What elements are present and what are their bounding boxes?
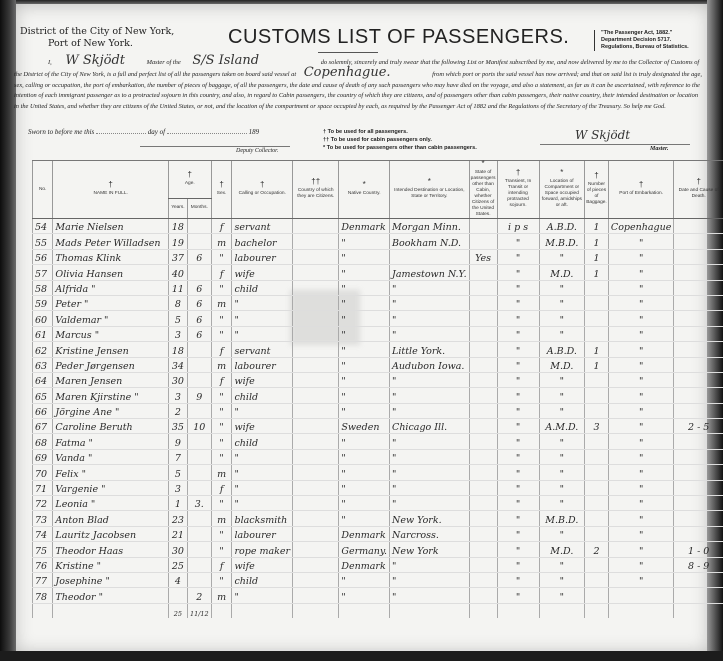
cell-name: Caroline Beruth bbox=[53, 419, 168, 434]
cell-port: " bbox=[608, 557, 673, 572]
cell-baggage bbox=[585, 326, 609, 341]
cell-citizen-of bbox=[293, 372, 339, 387]
col-header-location: *Location of Compartment or Space occupi… bbox=[539, 161, 585, 219]
col-header-age: †Age. bbox=[168, 161, 211, 199]
cell-months bbox=[187, 372, 211, 387]
table-row: 71Vargenie "3f"""""" bbox=[33, 480, 723, 495]
cell-native: " bbox=[339, 403, 390, 418]
cell-name: Thomas Klink bbox=[53, 249, 168, 264]
act-line: Department Decision 5717. bbox=[601, 37, 689, 44]
cell-us-citizen bbox=[469, 557, 497, 572]
cell-years: 19 bbox=[168, 234, 187, 249]
deputy-signature-line bbox=[140, 146, 290, 147]
cell-no: 58 bbox=[33, 280, 53, 295]
cell-port bbox=[608, 588, 673, 603]
cell-transient: " bbox=[497, 403, 539, 418]
col-header-death: †Date and Cause of Death. bbox=[674, 161, 723, 219]
cell-death bbox=[674, 403, 723, 418]
cell-native: " bbox=[339, 234, 390, 249]
cell-transient: " bbox=[497, 542, 539, 557]
col-header-calling: †Calling or Occupation. bbox=[232, 161, 293, 219]
cell-death bbox=[674, 496, 723, 511]
cell-us-citizen bbox=[469, 419, 497, 434]
table-row: 56Thomas Klink376"labourer"Yes""1" bbox=[33, 249, 723, 264]
cell-death bbox=[674, 572, 723, 587]
document-title: CUSTOMS LIST OF PASSENGERS. bbox=[228, 26, 569, 49]
oath-paragraph: I, W Skjödt Master of the S/S Island do … bbox=[14, 56, 704, 112]
cell-location: " bbox=[539, 572, 585, 587]
cell-no: 72 bbox=[33, 496, 53, 511]
cell-us-citizen bbox=[469, 511, 497, 526]
column-legend: † To be used for all passengers. †† To b… bbox=[323, 128, 477, 152]
cell-native: " bbox=[339, 480, 390, 495]
cell-citizen-of bbox=[293, 419, 339, 434]
col-header-no: No. bbox=[33, 161, 53, 219]
cell-transient: " bbox=[497, 357, 539, 372]
cell-native: " bbox=[339, 295, 390, 310]
cell-months bbox=[187, 434, 211, 449]
oath-master-of: Master of the bbox=[147, 59, 181, 66]
cell-death bbox=[674, 311, 723, 326]
cell-transient: " bbox=[497, 434, 539, 449]
col-header-citizen-of: ††Country of which they are Citizens. bbox=[293, 161, 339, 219]
cell-destination: " bbox=[390, 295, 470, 310]
cell-us-citizen bbox=[469, 388, 497, 403]
master-label: Master. bbox=[650, 146, 669, 152]
cell-us-citizen bbox=[469, 326, 497, 341]
cell-months bbox=[187, 480, 211, 495]
cell-native: " bbox=[339, 311, 390, 326]
table-row: 62Kristine Jensen18fservant"Little York.… bbox=[33, 342, 723, 357]
cell-location: " bbox=[539, 526, 585, 541]
cell-destination: " bbox=[390, 434, 470, 449]
cell-sex: " bbox=[211, 419, 232, 434]
cell-port: " bbox=[608, 572, 673, 587]
cell-native: " bbox=[339, 372, 390, 387]
cell-death bbox=[674, 511, 723, 526]
total-empty bbox=[497, 603, 539, 618]
cell-death bbox=[674, 265, 723, 280]
cell-transient: " bbox=[497, 419, 539, 434]
cell-name: Theodor " bbox=[53, 588, 168, 603]
cell-citizen-of bbox=[293, 403, 339, 418]
cell-citizen-of bbox=[293, 265, 339, 280]
cell-transient: " bbox=[497, 265, 539, 280]
cell-years: 3 bbox=[168, 388, 187, 403]
cell-port: " bbox=[608, 526, 673, 541]
title-rule bbox=[318, 52, 378, 53]
cell-location: " bbox=[539, 496, 585, 511]
cell-death bbox=[674, 326, 723, 341]
total-empty bbox=[608, 603, 673, 618]
cell-years: 1 bbox=[168, 496, 187, 511]
cell-us-citizen bbox=[469, 372, 497, 387]
cell-citizen-of bbox=[293, 357, 339, 372]
cell-destination: Morgan Minn. bbox=[390, 219, 470, 234]
cell-name: Olivia Hansen bbox=[53, 265, 168, 280]
cell-years: 9 bbox=[168, 434, 187, 449]
total-empty bbox=[339, 603, 390, 618]
cell-port: " bbox=[608, 295, 673, 310]
cell-calling: labourer bbox=[232, 526, 293, 541]
cell-death bbox=[674, 388, 723, 403]
master-name-handwritten: W Skjödt bbox=[53, 53, 145, 68]
cell-port: " bbox=[608, 342, 673, 357]
cell-calling: servant bbox=[232, 219, 293, 234]
cell-baggage: 1 bbox=[585, 219, 609, 234]
cell-baggage bbox=[585, 388, 609, 403]
cell-location: " bbox=[539, 249, 585, 264]
total-empty bbox=[390, 603, 470, 618]
cell-destination: Jamestown N.Y. bbox=[390, 265, 470, 280]
cell-death: 1 - 0 bbox=[674, 542, 723, 557]
table-row: 67Caroline Beruth3510"wifeSwedenChicago … bbox=[33, 419, 723, 434]
cell-citizen-of bbox=[293, 542, 339, 557]
cell-months bbox=[187, 449, 211, 464]
cell-name: Peter " bbox=[53, 295, 168, 310]
cell-death bbox=[674, 249, 723, 264]
cell-name: Theodor Haas bbox=[53, 542, 168, 557]
cell-citizen-of bbox=[293, 388, 339, 403]
cell-citizen-of bbox=[293, 449, 339, 464]
cell-native: " bbox=[339, 572, 390, 587]
cell-years: 5 bbox=[168, 465, 187, 480]
cell-destination: Little York. bbox=[390, 342, 470, 357]
cell-calling: child bbox=[232, 388, 293, 403]
cell-name: Maren Jensen bbox=[53, 372, 168, 387]
table-row: 69Vanda "7""""""" bbox=[33, 449, 723, 464]
table-row: 72Leonia "13.""""""" bbox=[33, 496, 723, 511]
cell-us-citizen bbox=[469, 342, 497, 357]
cell-transient: " bbox=[497, 465, 539, 480]
total-empty bbox=[585, 603, 609, 618]
cell-calling: " bbox=[232, 465, 293, 480]
col-header-native-country: *Native Country. bbox=[339, 161, 390, 219]
cell-baggage bbox=[585, 496, 609, 511]
cell-name: Valdemar " bbox=[53, 311, 168, 326]
cell-months: 3. bbox=[187, 496, 211, 511]
cell-port: " bbox=[608, 280, 673, 295]
cell-sex: " bbox=[211, 449, 232, 464]
cell-port: " bbox=[608, 249, 673, 264]
cell-sex: " bbox=[211, 249, 232, 264]
col-header-baggage: †Number of pieces of Baggage. bbox=[585, 161, 609, 219]
cell-no: 78 bbox=[33, 588, 53, 603]
cell-citizen-of bbox=[293, 465, 339, 480]
table-row: 74Lauritz Jacobsen21"labourerDenmarkNarc… bbox=[33, 526, 723, 541]
cell-name: Leonia " bbox=[53, 496, 168, 511]
table-row: 59Peter "86m"""""" bbox=[33, 295, 723, 310]
cell-baggage bbox=[585, 449, 609, 464]
cell-citizen-of bbox=[293, 480, 339, 495]
cell-destination: Narcross. bbox=[390, 526, 470, 541]
total-years: 25 bbox=[168, 603, 187, 618]
cell-no: 66 bbox=[33, 403, 53, 418]
cell-destination: Chicago Ill. bbox=[390, 419, 470, 434]
cell-months bbox=[187, 465, 211, 480]
cell-no: 71 bbox=[33, 480, 53, 495]
cell-location: A.B.D. bbox=[539, 219, 585, 234]
total-empty bbox=[211, 603, 232, 618]
cell-years: 7 bbox=[168, 449, 187, 464]
cell-years: 40 bbox=[168, 265, 187, 280]
cell-location: " bbox=[539, 480, 585, 495]
cell-baggage bbox=[585, 295, 609, 310]
cell-months bbox=[187, 542, 211, 557]
cell-sex: m bbox=[211, 511, 232, 526]
cell-sex: " bbox=[211, 326, 232, 341]
cell-months bbox=[187, 526, 211, 541]
cell-destination: " bbox=[390, 496, 470, 511]
cell-calling: servant bbox=[232, 342, 293, 357]
cell-years bbox=[168, 588, 187, 603]
cell-destination: " bbox=[390, 465, 470, 480]
total-empty bbox=[539, 603, 585, 618]
cell-destination: " bbox=[390, 326, 470, 341]
cell-us-citizen bbox=[469, 588, 497, 603]
cell-port: " bbox=[608, 449, 673, 464]
cell-location: " bbox=[539, 403, 585, 418]
cell-calling: wife bbox=[232, 372, 293, 387]
cell-calling: wife bbox=[232, 265, 293, 280]
cell-port: " bbox=[608, 403, 673, 418]
cell-transient: " bbox=[497, 249, 539, 264]
table-row: 63Peder Jørgensen34mlabourer"Audubon Iow… bbox=[33, 357, 723, 372]
cell-name: Marie Nielsen bbox=[53, 219, 168, 234]
cell-transient: " bbox=[497, 511, 539, 526]
cell-citizen-of bbox=[293, 295, 339, 310]
total-empty bbox=[232, 603, 293, 618]
cell-transient: i p s bbox=[497, 219, 539, 234]
cell-destination: " bbox=[390, 311, 470, 326]
act-line: Regulations, Bureau of Statistics. bbox=[601, 44, 689, 51]
cell-death bbox=[674, 372, 723, 387]
cell-location: " bbox=[539, 326, 585, 341]
cell-transient: " bbox=[497, 234, 539, 249]
cell-native: " bbox=[339, 249, 390, 264]
cell-destination: " bbox=[390, 372, 470, 387]
cell-name: Fatma " bbox=[53, 434, 168, 449]
cell-citizen-of bbox=[293, 326, 339, 341]
cell-transient: " bbox=[497, 588, 539, 603]
oath-prefix: I, bbox=[14, 59, 52, 66]
cell-death bbox=[674, 295, 723, 310]
table-row: 75Theodor Haas30"rope makerGermany.New Y… bbox=[33, 542, 723, 557]
act-line: "The Passenger Act, 1882." bbox=[601, 30, 689, 37]
cell-destination: " bbox=[390, 572, 470, 587]
table-row: 66Jörgine Ane "2""""""" bbox=[33, 403, 723, 418]
total-empty bbox=[674, 603, 723, 618]
cell-baggage bbox=[585, 434, 609, 449]
cell-port: " bbox=[608, 311, 673, 326]
cell-months: 10 bbox=[187, 419, 211, 434]
cell-port: " bbox=[608, 434, 673, 449]
cell-transient: " bbox=[497, 326, 539, 341]
col-header-destination: *Intended Destination or Location, State… bbox=[390, 161, 470, 219]
cell-port: " bbox=[608, 480, 673, 495]
legend-line: †† To be used for cabin passengers only. bbox=[323, 136, 477, 144]
sworn-year: 189 bbox=[249, 128, 260, 136]
embarkation-port-handwritten: Copenhague. bbox=[298, 65, 431, 80]
legend-line: † To be used for all passengers. bbox=[323, 128, 477, 136]
cell-years: 23 bbox=[168, 511, 187, 526]
cell-no: 65 bbox=[33, 388, 53, 403]
cell-port: " bbox=[608, 265, 673, 280]
cell-citizen-of bbox=[293, 557, 339, 572]
cell-death bbox=[674, 588, 723, 603]
cell-native: " bbox=[339, 280, 390, 295]
cell-death bbox=[674, 434, 723, 449]
cell-native: " bbox=[339, 342, 390, 357]
cell-calling: " bbox=[232, 480, 293, 495]
cell-transient: " bbox=[497, 449, 539, 464]
cell-destination: " bbox=[390, 280, 470, 295]
cell-us-citizen bbox=[469, 311, 497, 326]
cell-no: 76 bbox=[33, 557, 53, 572]
cell-transient: " bbox=[497, 526, 539, 541]
cell-transient: " bbox=[497, 557, 539, 572]
deputy-collector-label: Deputy Collector. bbox=[236, 148, 278, 154]
cell-sex: " bbox=[211, 434, 232, 449]
cell-native: Denmark bbox=[339, 557, 390, 572]
cell-us-citizen bbox=[469, 295, 497, 310]
cell-port: " bbox=[608, 234, 673, 249]
cell-no: 56 bbox=[33, 249, 53, 264]
cell-transient: " bbox=[497, 480, 539, 495]
sworn-text: Sworn to before me this bbox=[28, 128, 94, 136]
cell-calling: child bbox=[232, 280, 293, 295]
cell-sex: " bbox=[211, 388, 232, 403]
cell-us-citizen bbox=[469, 219, 497, 234]
cell-calling: wife bbox=[232, 557, 293, 572]
cell-location: " bbox=[539, 295, 585, 310]
cell-citizen-of bbox=[293, 219, 339, 234]
legend-line: * To be used for passengers other than c… bbox=[323, 144, 477, 152]
table-row: 54Marie Nielsen18fservantDenmarkMorgan M… bbox=[33, 219, 723, 234]
cell-months: 6 bbox=[187, 249, 211, 264]
cell-native: " bbox=[339, 511, 390, 526]
col-header-us-citizen: *State of passengers other than Cabin, w… bbox=[469, 161, 497, 219]
cell-destination: New York bbox=[390, 542, 470, 557]
cell-native: " bbox=[339, 265, 390, 280]
cell-port: " bbox=[608, 357, 673, 372]
cell-baggage: 1 bbox=[585, 342, 609, 357]
cell-baggage: 2 bbox=[585, 542, 609, 557]
cell-sex: m bbox=[211, 234, 232, 249]
cell-calling: bachelor bbox=[232, 234, 293, 249]
cell-destination: " bbox=[390, 557, 470, 572]
cell-transient: " bbox=[497, 496, 539, 511]
table-row: 68Fatma "9"child""""" bbox=[33, 434, 723, 449]
cell-baggage bbox=[585, 465, 609, 480]
cell-no: 75 bbox=[33, 542, 53, 557]
cell-name: Vanda " bbox=[53, 449, 168, 464]
cell-name: Marcus " bbox=[53, 326, 168, 341]
cell-native: " bbox=[339, 434, 390, 449]
cell-name: Anton Blad bbox=[53, 511, 168, 526]
cell-sex: f bbox=[211, 219, 232, 234]
cell-location: " bbox=[539, 449, 585, 464]
cell-citizen-of bbox=[293, 572, 339, 587]
cell-calling: labourer bbox=[232, 357, 293, 372]
cell-destination: Audubon Iowa. bbox=[390, 357, 470, 372]
cell-months bbox=[187, 403, 211, 418]
district-line: District of the City of New York, bbox=[20, 26, 174, 38]
table-row: 77Josephine "4"child""""" bbox=[33, 572, 723, 587]
total-months: 11/12 bbox=[187, 603, 211, 618]
cell-destination: " bbox=[390, 588, 470, 603]
cell-transient: " bbox=[497, 311, 539, 326]
table-row: 76Kristine "25fwifeDenmark""""8 - 9 bbox=[33, 557, 723, 572]
cell-location: M.D. bbox=[539, 357, 585, 372]
cell-baggage bbox=[585, 280, 609, 295]
cell-location: M.B.D. bbox=[539, 511, 585, 526]
cell-port: " bbox=[608, 326, 673, 341]
cell-death bbox=[674, 449, 723, 464]
cell-native: " bbox=[339, 388, 390, 403]
cell-baggage: 1 bbox=[585, 249, 609, 264]
cell-name: Mads Peter Willadsen bbox=[53, 234, 168, 249]
cell-months: 2 bbox=[187, 588, 211, 603]
cell-calling: " bbox=[232, 588, 293, 603]
cell-native: " bbox=[339, 465, 390, 480]
cell-no: 67 bbox=[33, 419, 53, 434]
cell-no: 74 bbox=[33, 526, 53, 541]
cell-months: 6 bbox=[187, 311, 211, 326]
cell-no: 68 bbox=[33, 434, 53, 449]
sworn-day-of: day of bbox=[148, 128, 165, 136]
cell-port: Copenhague bbox=[608, 219, 673, 234]
table-row: 60Valdemar "56""""""" bbox=[33, 311, 723, 326]
cell-no: 54 bbox=[33, 219, 53, 234]
cell-years: 30 bbox=[168, 372, 187, 387]
district-header: District of the City of New York, Port o… bbox=[20, 26, 174, 50]
cell-location: " bbox=[539, 434, 585, 449]
cell-port: " bbox=[608, 496, 673, 511]
cell-baggage bbox=[585, 511, 609, 526]
cell-transient: " bbox=[497, 342, 539, 357]
cell-name: Kristine Jensen bbox=[53, 342, 168, 357]
col-header-sex: †Sex. bbox=[211, 161, 232, 219]
cell-name: Alfrida " bbox=[53, 280, 168, 295]
cell-us-citizen bbox=[469, 280, 497, 295]
cell-sex: " bbox=[211, 496, 232, 511]
total-empty bbox=[293, 603, 339, 618]
cell-baggage bbox=[585, 557, 609, 572]
cell-baggage: 1 bbox=[585, 357, 609, 372]
cell-location: " bbox=[539, 372, 585, 387]
cell-citizen-of bbox=[293, 311, 339, 326]
cell-us-citizen bbox=[469, 480, 497, 495]
cell-name: Felix " bbox=[53, 465, 168, 480]
cell-native: " bbox=[339, 449, 390, 464]
cell-death bbox=[674, 526, 723, 541]
cell-us-citizen bbox=[469, 234, 497, 249]
cell-us-citizen bbox=[469, 465, 497, 480]
cell-sex: " bbox=[211, 526, 232, 541]
cell-native: " bbox=[339, 496, 390, 511]
cell-location: " bbox=[539, 311, 585, 326]
cell-years: 3 bbox=[168, 480, 187, 495]
cell-location: " bbox=[539, 465, 585, 480]
cell-name: Jörgine Ane " bbox=[53, 403, 168, 418]
cell-no: 61 bbox=[33, 326, 53, 341]
page-edge-bottom bbox=[0, 651, 723, 661]
table-row: 73Anton Blad23mblacksmith"New York."M.B.… bbox=[33, 511, 723, 526]
cell-no: 60 bbox=[33, 311, 53, 326]
cell-location: M.B.D. bbox=[539, 234, 585, 249]
cell-location: " bbox=[539, 388, 585, 403]
